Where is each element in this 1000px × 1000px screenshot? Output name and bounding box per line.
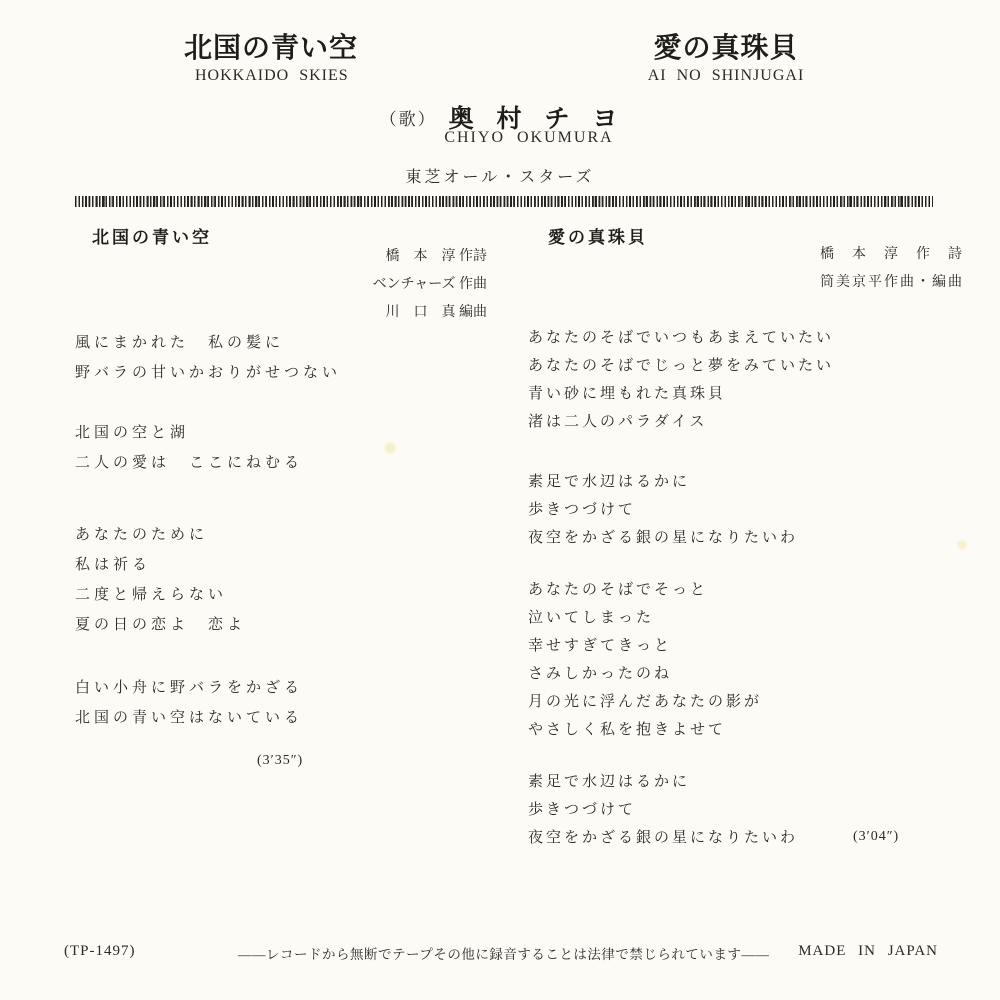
lyric-line: 白い小舟に野バラをかざる (75, 673, 341, 703)
song-block-right: 愛の真珠貝 AI NO SHINJUGAI (640, 33, 812, 85)
lyric-line: あなたのために (75, 520, 341, 550)
credits-right: 橋 本 淳 作 詩筒美京平作曲・編曲 (820, 241, 964, 297)
lyrics-column-right: あなたのそばでいつもあまえていたいあなたのそばでじっと夢をみていたい青い砂に埋も… (528, 324, 834, 852)
copyright-notice: ――レコードから無断でテープその他に録音することは法律で禁じられています―― (238, 943, 769, 963)
lyric-line: 素足で水辺はるかに (528, 768, 834, 796)
lyric-stanza: 風にまかれた 私の髪に野バラの甘いかおりがせつない (75, 328, 341, 388)
lyric-line: 渚は二人のパラダイス (528, 408, 834, 436)
lyric-line: 泣いてしまった (528, 604, 834, 632)
song-block-left: 北国の青い空 HOKKAIDO SKIES (184, 33, 358, 85)
lyric-line: 二人の愛は ここにねむる (75, 448, 341, 478)
lyric-line: 月の光に浮んだあなたの影が (528, 688, 834, 716)
lyric-line: 北国の青い空はないている (75, 703, 341, 733)
lyrics-column-left: 風にまかれた 私の髪に野バラの甘いかおりがせつない北国の空と湖二人の愛は ここに… (75, 328, 341, 733)
song-subtitle-left: HOKKAIDO SKIES (184, 67, 358, 85)
lyric-line: 風にまかれた 私の髪に (75, 328, 341, 358)
lyric-line: 歩きつづけて (528, 796, 834, 824)
lyric-line: 夜空をかざる銀の星になりたいわ (528, 824, 834, 852)
striped-divider (75, 196, 933, 207)
made-in-japan: MADE IN JAPAN (798, 943, 938, 960)
artist-prefix: （歌） (380, 110, 437, 129)
catalog-number: (TP-1497) (64, 943, 136, 960)
lyric-line: 素足で水辺はるかに (528, 468, 834, 496)
lyric-stanza: 素足で水辺はるかに歩きつづけて夜空をかざる銀の星になりたいわ (528, 768, 834, 852)
lyric-line: 夏の日の恋よ 恋よ (75, 610, 341, 640)
lyric-line: あなたのそばでいつもあまえていたい (528, 324, 834, 352)
credit-line: 橋 本 淳 作詩 (345, 243, 487, 271)
lyric-line: 幸せすぎてきっと (528, 632, 834, 660)
lyric-stanza: あなたのために私は祈る二度と帰えらない夏の日の恋よ 恋よ (75, 520, 341, 640)
lyric-line: あなたのそばでじっと夢をみていたい (528, 352, 834, 380)
credit-line: 筒美京平作曲・編曲 (820, 269, 964, 297)
lyric-line: 夜空をかざる銀の星になりたいわ (528, 524, 834, 552)
lyric-stanza: あなたのそばでそっと泣いてしまった幸せすぎてきっとさみしかったのね月の光に浮んだ… (528, 576, 834, 744)
lyric-line: 歩きつづけて (528, 496, 834, 524)
artist-romaji: CHIYO OKUMURA (0, 129, 1000, 147)
lyric-line: 青い砂に埋もれた真珠貝 (528, 380, 834, 408)
credits-left: 橋 本 淳 作詩ベンチャーズ 作曲川 口 真 編曲 (345, 243, 487, 327)
credit-line: ベンチャーズ 作曲 (345, 271, 487, 299)
column-heading-right: 愛の真珠貝 (548, 223, 648, 248)
lyric-sheet: 北国の青い空 HOKKAIDO SKIES 愛の真珠貝 AI NO SHINJU… (0, 0, 1000, 1000)
lyric-stanza: 素足で水辺はるかに歩きつづけて夜空をかざる銀の星になりたいわ (528, 468, 834, 552)
lyric-line: 野バラの甘いかおりがせつない (75, 358, 341, 388)
lyric-line: 二度と帰えらない (75, 580, 341, 610)
lyric-line: やさしく私を抱きよせて (528, 716, 834, 744)
lyric-stanza: あなたのそばでいつもあまえていたいあなたのそばでじっと夢をみていたい青い砂に埋も… (528, 324, 834, 436)
lyric-stanza: 北国の空と湖二人の愛は ここにねむる (75, 418, 341, 478)
song-subtitle-right: AI NO SHINJUGAI (640, 67, 812, 85)
duration-right: (3′04″) (853, 829, 899, 845)
column-heading-left: 北国の青い空 (92, 223, 212, 248)
lyric-line: 私は祈る (75, 550, 341, 580)
ensemble-name: 東芝オール・スターズ (0, 164, 1000, 187)
lyric-line: あなたのそばでそっと (528, 576, 834, 604)
duration-left: (3′35″) (257, 753, 303, 769)
song-title-left: 北国の青い空 (184, 33, 358, 64)
song-title-right: 愛の真珠貝 (640, 33, 812, 64)
lyric-line: 北国の空と湖 (75, 418, 341, 448)
lyric-stanza: 白い小舟に野バラをかざる北国の青い空はないている (75, 673, 341, 733)
lyric-line: さみしかったのね (528, 660, 834, 688)
credit-line: 橋 本 淳 作 詩 (820, 241, 964, 269)
credit-line: 川 口 真 編曲 (345, 299, 487, 327)
